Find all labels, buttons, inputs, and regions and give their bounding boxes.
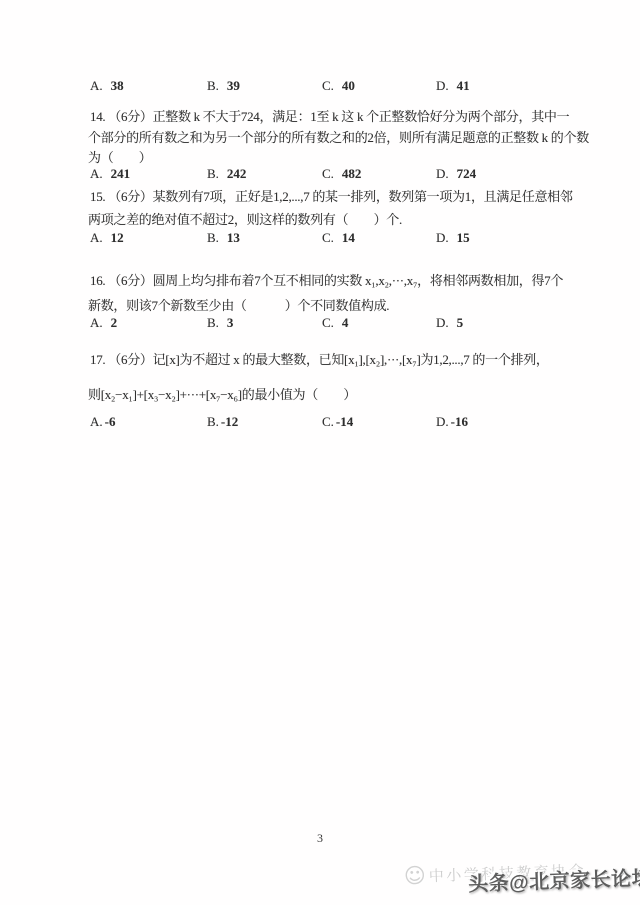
question-16-option-d: D.5 (436, 315, 463, 332)
question-17-stem-line-2: 则[x₂−x₁]+[x₃−x₂]+···+[x₇−x₆]的最小值为（ ） (88, 386, 356, 404)
option-letter: A. (90, 414, 103, 429)
option-letter: B. (207, 315, 219, 330)
option-letter: B. (207, 78, 219, 93)
question-15-option-a: A.12 (90, 230, 124, 247)
question-15: 15. （6分）某数列有7项，正好是1,2,...,7 的某一排列，数列第一项为… (0, 0, 640, 905)
question-15-option-b: B.13 (207, 230, 240, 247)
option-letter: D. (436, 315, 449, 330)
option-value: 40 (342, 78, 355, 93)
option-letter: C. (322, 230, 334, 245)
option-letter: B. (207, 166, 219, 181)
option-value: -12 (221, 414, 238, 429)
question-14-option-d: D.724 (436, 166, 476, 183)
question-15-option-c: C.14 (322, 230, 355, 247)
option-value: -16 (451, 414, 468, 429)
question-16: 16. （6分）圆周上均匀排布着7个互不相同的实数 x₁,x₂,···,x₇，将… (0, 0, 640, 905)
carryover-option-d: D.41 (436, 78, 470, 95)
option-value: 2 (111, 315, 118, 330)
question-14: 14. （6分）正整数 k 不大于724，满足：1至 k 这 k 个正整数恰好分… (0, 0, 640, 905)
option-letter: B. (207, 230, 219, 245)
question-17-stem-line-1: 17. （6分）记[x]为不超过 x 的最大整数，已知[x₁],[x₂],···… (90, 351, 549, 369)
question-17-option-b: B.-12 (207, 414, 238, 431)
question-14-option-a: A.241 (90, 166, 130, 183)
carryover-option-c: C.40 (322, 78, 355, 95)
option-value: 482 (342, 166, 362, 181)
question-17-option-c: C.-14 (322, 414, 353, 431)
option-letter: A. (90, 315, 103, 330)
smiley-icon: ☺ (403, 863, 426, 888)
option-letter: C. (322, 166, 334, 181)
question-16-stem-line-1: 16. （6分）圆周上均匀排布着7个互不相同的实数 x₁,x₂,···,x₇，将… (90, 272, 563, 290)
option-letter: C. (322, 315, 334, 330)
watermark-light-text: ☺ 中小学科技教育协会 (403, 858, 586, 888)
option-letter: D. (436, 414, 449, 429)
question-17: 17. （6分）记[x]为不超过 x 的最大整数，已知[x₁],[x₂],···… (0, 0, 640, 905)
question-15-option-d: D.15 (436, 230, 470, 247)
option-value: 242 (227, 166, 247, 181)
option-value: 3 (227, 315, 234, 330)
page-number: 3 (0, 831, 640, 846)
question-14-option-c: C.482 (322, 166, 361, 183)
question-14-stem-line-1: 14. （6分）正整数 k 不大于724，满足：1至 k 这 k 个正整数恰好分… (90, 108, 569, 126)
question-14-option-b: B.242 (207, 166, 246, 183)
option-value: 4 (342, 315, 349, 330)
option-value: 13 (227, 230, 240, 245)
option-value: -14 (336, 414, 353, 429)
question-17-option-d: D.-16 (436, 414, 468, 431)
watermark-light-label: 中小学科技教育协会 (428, 859, 586, 885)
option-value: -6 (105, 414, 116, 429)
option-letter: C. (322, 414, 334, 429)
option-letter: D. (436, 230, 449, 245)
question-15-stem-line-2: 两项之差的绝对值不超过2，则这样的数列有（ ）个. (88, 211, 402, 229)
question-14-stem-line-2: 个部分的所有数之和为另一个部分的所有数之和的2倍，则所有满足题意的正整数 k 的… (88, 129, 589, 147)
question-14-stem-line-3: 为（ ） (88, 149, 152, 167)
question-16-option-a: A.2 (90, 315, 117, 332)
option-value: 41 (457, 78, 470, 93)
option-value: 39 (227, 78, 240, 93)
question-17-option-a: A.-6 (90, 414, 115, 431)
option-value: 724 (457, 166, 477, 181)
exam-page: A.38 B.39 C.40 D.41 14. （6分）正整数 k 不大于724… (0, 0, 640, 905)
option-value: 241 (111, 166, 131, 181)
question-15-stem-line-1: 15. （6分）某数列有7项，正好是1,2,...,7 的某一排列，数列第一项为… (90, 188, 573, 206)
option-letter: D. (436, 166, 449, 181)
carryover-option-b: B.39 (207, 78, 240, 95)
option-value: 5 (457, 315, 464, 330)
carryover-option-a: A.38 (90, 78, 124, 95)
watermark: ☺ 中小学科技教育协会 头条@北京家长论坛 (403, 850, 640, 904)
option-letter: A. (90, 230, 103, 245)
option-value: 12 (111, 230, 124, 245)
option-letter: A. (90, 78, 103, 93)
question-16-option-c: C.4 (322, 315, 348, 332)
option-letter: C. (322, 78, 334, 93)
watermark-bold-text: 头条@北京家长论坛 (468, 861, 640, 896)
option-value: 38 (111, 78, 124, 93)
carryover-options-row: A.38 B.39 C.40 D.41 (0, 0, 640, 905)
question-16-stem-line-2: 新数，则该7个新数至少由（ ）个不同数值构成. (88, 297, 389, 315)
option-letter: D. (436, 78, 449, 93)
question-16-option-b: B.3 (207, 315, 233, 332)
option-letter: A. (90, 166, 103, 181)
option-value: 15 (457, 230, 470, 245)
option-value: 14 (342, 230, 355, 245)
option-letter: B. (207, 414, 219, 429)
